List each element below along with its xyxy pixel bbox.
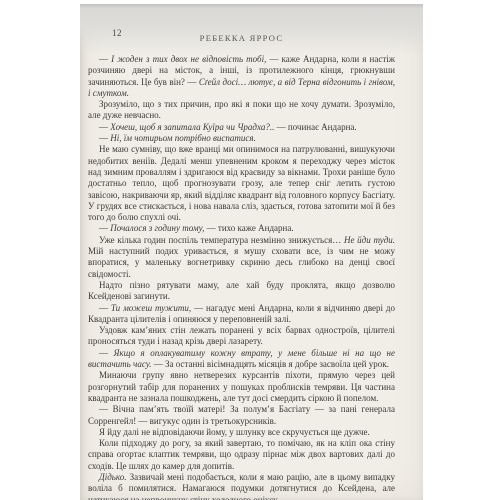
italic-text-segment: Ти можеш тужити, bbox=[111, 303, 194, 313]
text-segment: Уже кілька годин поспіль температура нез… bbox=[99, 235, 344, 245]
text-segment: — bbox=[99, 348, 114, 358]
italic-text-segment: Почалося з годину тому, bbox=[110, 223, 206, 233]
paragraph: — Ні, їм чотирьом потрібно виспатися. bbox=[88, 133, 395, 144]
page-number: 12 bbox=[112, 28, 122, 38]
paragraph: — Почалося з годину тому, — тихо каже Ан… bbox=[88, 223, 395, 234]
text-segment: Я йду далі не відповідаючи йому, у шлунк… bbox=[99, 427, 370, 437]
text-segment: — За останні вісімнадцять місяців я добр… bbox=[154, 359, 389, 369]
italic-text-segment: Ні, їм чотирьом потрібно виспатися. bbox=[110, 133, 256, 143]
italic-text-segment: Не йди туди. bbox=[344, 235, 395, 245]
text-segment: — bbox=[99, 54, 111, 64]
text-segment: Не маю сумніву, що вже вранці ми опинимо… bbox=[88, 144, 395, 222]
text-segment: — bbox=[99, 223, 110, 233]
text-segment: — bbox=[99, 303, 111, 313]
text-segment: — починає Андарна. bbox=[277, 122, 357, 132]
paragraph: Дідько. Зазвичай мені подобається, коли … bbox=[88, 472, 395, 500]
page-header: 12 РЕБЕККА ЯРРОС bbox=[88, 28, 395, 40]
running-head: РЕБЕККА ЯРРОС bbox=[200, 33, 284, 43]
paragraph: — І жоден з тих двох не відповість тобі,… bbox=[88, 54, 395, 99]
paragraph: Уже кілька годин поспіль температура нез… bbox=[88, 235, 395, 280]
paragraph: — Ти можеш тужити, — нагадує мені Андарн… bbox=[88, 303, 395, 326]
paragraph: Минаючи групу явно нетверезих курсантів … bbox=[88, 370, 395, 404]
text-segment: Зазвичай мені подобається, коли я маю ра… bbox=[88, 472, 395, 500]
paragraph: — Вічна пам’ять твоїй матері! За полум’я… bbox=[88, 404, 395, 427]
photo-background: 12 РЕБЕККА ЯРРОС — І жоден з тих двох не… bbox=[0, 0, 500, 500]
text-segment: Мій наступний подих уривається, я мушу с… bbox=[88, 246, 395, 279]
text-segment: — Вічна пам’ять твоїй матері! За полум’я… bbox=[88, 404, 395, 425]
text-segment: — bbox=[99, 122, 110, 132]
text-segment: Зрозуміло, що з тих причин, про які я по… bbox=[88, 99, 395, 120]
text-segment: Надто пізно рятувати маму, але хай буду … bbox=[88, 280, 395, 301]
text-segment: Коли підходжу до рогу, за який завертаю,… bbox=[88, 438, 395, 471]
italic-text-segment: Хочеш, щоб я запитала Куїра чи Чрадха?.. bbox=[110, 122, 276, 132]
paragraph: Зрозуміло, що з тих причин, про які я по… bbox=[88, 99, 395, 122]
text-segment: — bbox=[99, 133, 110, 143]
paragraph: Надто пізно рятувати маму, але хай буду … bbox=[88, 280, 395, 303]
paragraph: Уздовж кам’яних стін лежать поранені у в… bbox=[88, 325, 395, 348]
paragraph: — Хочеш, щоб я запитала Куїра чи Чрадха?… bbox=[88, 122, 395, 133]
text-segment: Минаючи групу явно нетверезих курсантів … bbox=[88, 370, 395, 403]
italic-text-segment: І жоден з тих двох не відповість тобі, bbox=[111, 54, 269, 64]
text-segment: — тихо каже Андарна. bbox=[207, 223, 294, 233]
paragraph: Не маю сумніву, що вже вранці ми опинимо… bbox=[88, 144, 395, 223]
book-page-photo: 12 РЕБЕККА ЯРРОС — І жоден з тих двох не… bbox=[80, 4, 423, 500]
paragraph: — Якщо я оплакуватиму кожну втрату, у ме… bbox=[88, 348, 395, 371]
body-text: — І жоден з тих двох не відповість тобі,… bbox=[88, 54, 395, 500]
paragraph: Коли підходжу до рогу, за який завертаю,… bbox=[88, 438, 395, 472]
italic-text-segment: Дідько. bbox=[99, 472, 130, 482]
text-segment: Уздовж кам’яних стін лежать поранені у в… bbox=[88, 325, 395, 346]
paragraph: Я йду далі не відповідаючи йому, у шлунк… bbox=[88, 427, 395, 438]
